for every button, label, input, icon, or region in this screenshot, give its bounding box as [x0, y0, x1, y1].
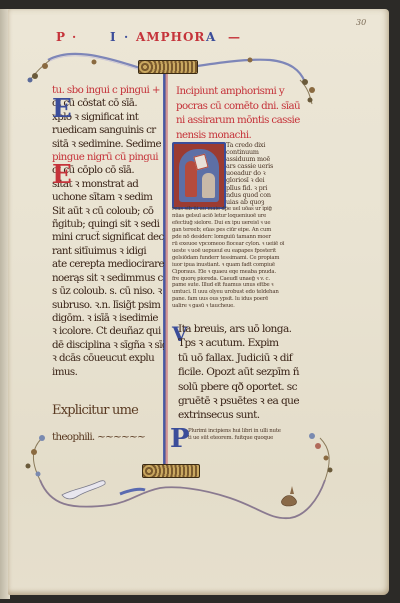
text-line: Ita breuis, ars uō longa.	[178, 322, 318, 336]
text-line: gan tereeb; eūas pes ciūr eipe. An cum	[172, 227, 310, 234]
text-line: Ciporaus. Eīe ꝛ quaeu eqe meaba pnuda.	[172, 269, 310, 276]
text-line: ꝛ icolore. Ct deuñaz qui	[52, 325, 164, 338]
text-line: s ūz coloub. s. cū niso. ꝛ	[52, 285, 164, 298]
text-line: subruso. ꝛ.n. līsig̃t psim	[52, 299, 164, 312]
text-line: noerąs sit ꝛ sedimmus c	[52, 272, 164, 285]
prologue-commentary: reas sib̃ ūi au maie dp̃e uel uōas ur ip…	[172, 206, 310, 310]
incipit-line: Incipiunt amphorismi y	[176, 84, 300, 99]
text-line: ndus quod con	[226, 192, 306, 199]
text-line: rant sitīuimus ꝛ idigi	[52, 245, 164, 258]
text-line: ate cerepta mediocirare n	[52, 258, 164, 271]
text-line: ti ue sūt eteorem. fuitque quoque	[188, 435, 328, 442]
text-line: pane. fam uus ous ypsit. lu idus poerē	[172, 296, 310, 303]
text-line: dē disciplina ꝛ sīgña ꝛ sīḡs.	[52, 339, 164, 352]
text-line: mini cruct̃ significat decla	[52, 231, 164, 244]
historiated-initial-miniature	[172, 142, 226, 209]
text-line: iuor ipua inustiant. ꝛ quam fadt compiuē	[172, 262, 310, 269]
initial-e-blue: E	[52, 94, 72, 124]
text-line: pde nō desiderc lomguiū tamann moer	[172, 234, 310, 241]
miniature-figure-student	[202, 173, 215, 198]
text-line: pame sute. Illud eīt fuamus unus eītbe ꝛ	[172, 282, 310, 289]
incipit-line: nensis monachi.	[176, 128, 300, 143]
explicit-line: Explicitur ume	[52, 398, 145, 424]
text-line: solū pbere qð oportet. sc	[178, 380, 318, 394]
text-line: tū uō fallax. Judiciū ꝛ dif	[178, 351, 318, 365]
initial-p-blue: P	[170, 424, 190, 454]
initial-i-bottom-cap	[142, 464, 200, 478]
text-line: plīus fid. ꝛ pri	[226, 185, 306, 192]
explicit-colophon: Explicitur ume theophili. ~~~~~~	[52, 398, 145, 450]
aphorism-text: Ita breuis, ars uō longa.Tps ꝛ acutum. E…	[178, 322, 318, 423]
text-line: extrinsecus sunt.	[178, 408, 318, 422]
text-line: continuum	[226, 149, 306, 156]
text-line: ualire ꝛ gasū ꝛ taucheue.	[172, 303, 310, 310]
incipit-rubric: Incipiunt amphorismi y pocras cū comēto …	[176, 84, 300, 142]
text-line: imus.	[52, 366, 164, 379]
miniature-scene	[179, 149, 219, 202]
text-line: assiduum moē	[226, 156, 306, 163]
text-line: sitā ꝛ sedimine. Sedime	[52, 138, 164, 151]
incipit-line: pocras cū comēto dni. sīaū	[176, 99, 300, 114]
text-line: Tps ꝛ acutum. Expim	[178, 336, 318, 350]
text-line: ficile. Opozt aūt sezpīm ñ	[178, 365, 318, 379]
text-line: ruedicam sanguinis cr	[52, 124, 164, 137]
text-line: efectiuḡ sielore. Dui ex ipu uereisī ꝛ u…	[172, 220, 310, 227]
text-line: ꝛ dcās cōueucut explu	[52, 352, 164, 365]
text-line: umtuci. Il uuu olyeu urobust edo teldeha…	[172, 289, 310, 296]
miniature-book	[193, 154, 208, 171]
text-line: rū exeuoe vpcomeoo fiocear cylon. ꝛ ueii…	[172, 241, 310, 248]
text-line: uoeadur do ꝛ	[226, 170, 306, 177]
text-line: ueste ꝛ uoē uepueuī eu eapapes fposterit	[172, 248, 310, 255]
text-line: gruētē ꝛ psuētes ꝛ ea que	[178, 394, 318, 408]
text-line: nūas gelsuī aciō letur loqueniuoē ure	[172, 213, 310, 220]
text-line: Ta credo dixi	[226, 142, 306, 149]
left-text-column: tu. sbo ingui c pingui + ct cū cōstat cō…	[52, 84, 164, 379]
text-line: Plurimi incipiens hui libri in ulli nute	[188, 428, 328, 435]
text-line: digōm. ꝛ isīā ꝛ isedimie	[52, 312, 164, 325]
text-line: uias ab quoȝ	[226, 199, 306, 206]
text-line: gloriosī ꝛ dei	[226, 177, 306, 184]
initial-e-red: E	[52, 160, 72, 190]
text-line: ñgitub; quingi sit ꝛ sedi	[52, 218, 164, 231]
text-line: uchone sītam ꝛ sedim	[52, 191, 164, 204]
text-line: gelsiōdam funderr tessimami. Ce propiam	[172, 255, 310, 262]
closing-commentary: Plurimi incipiens hui libri in ulli nute…	[188, 428, 328, 442]
text-line: fre quorę pioreda. Caeudī unaeḡ ꝛ v. c.	[172, 276, 310, 283]
text-line: reas sib̃ ūi au maie dp̃e uel uōas ur ip…	[172, 206, 310, 213]
prologue-beside-miniature: Ta credo dixicontinuumassiduum moēars ca…	[226, 142, 306, 206]
initial-i-top-cap	[138, 60, 198, 74]
incipit-line: ni assirarum mōntis cassie	[176, 113, 300, 128]
text-line: Sit aūt ꝛ cū coloub; cō	[52, 205, 164, 218]
text-line: ars cassie ueris	[226, 163, 306, 170]
explicit-line: theophili. ~~~~~~	[52, 424, 145, 450]
